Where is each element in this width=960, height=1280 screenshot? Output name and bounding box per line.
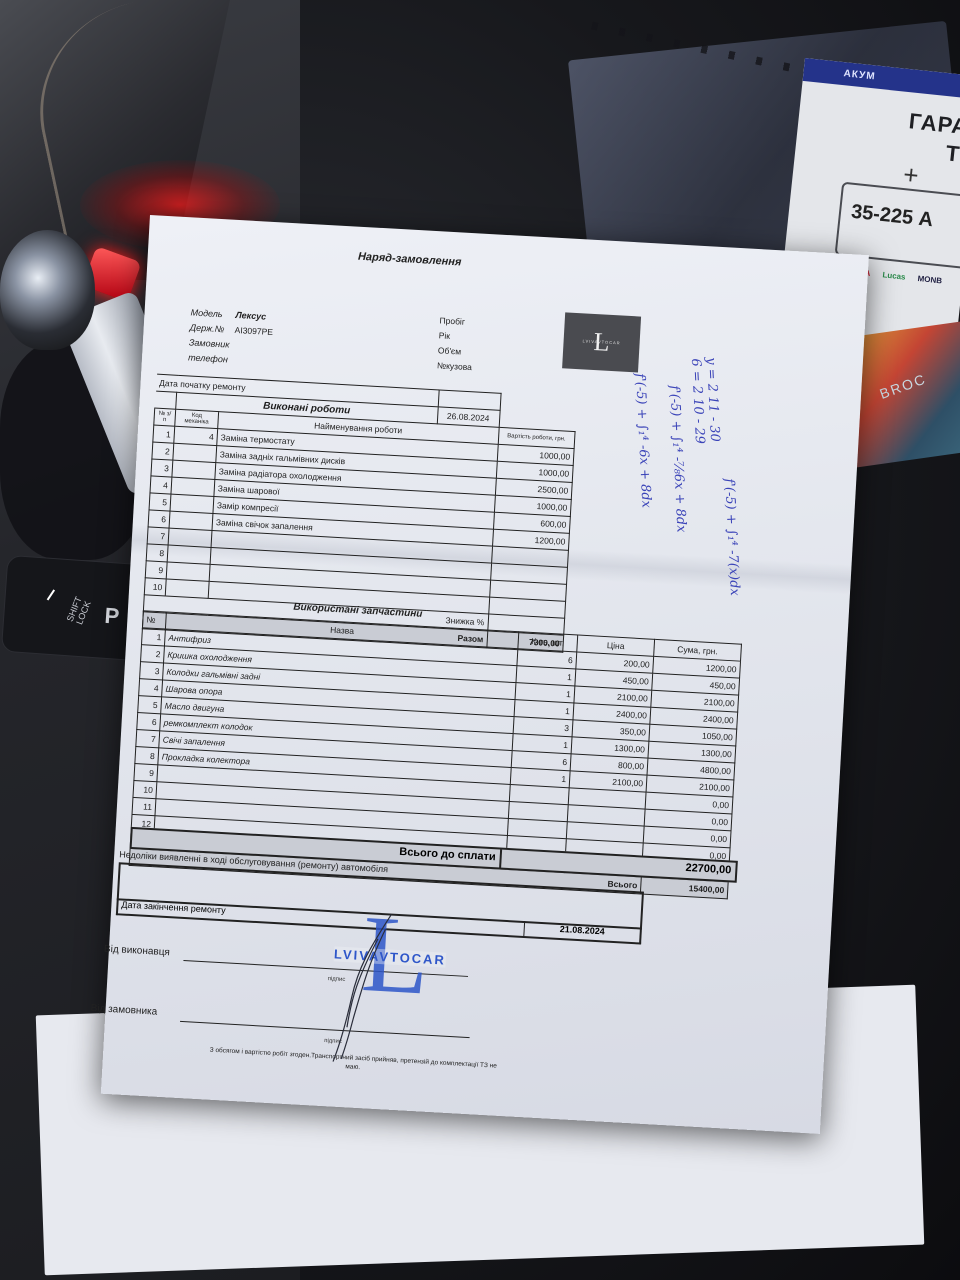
parts-row-no: 10 xyxy=(133,780,157,798)
works-row-no: 7 xyxy=(147,527,169,545)
parts-row-no: 4 xyxy=(139,679,163,697)
works-row-no: 9 xyxy=(145,561,167,579)
parts-row-no: 8 xyxy=(135,747,159,765)
handwritten-note-4: f'(-5) + ∫₁⁴ -⅞6x + 8dx xyxy=(666,385,688,533)
plate-value: АІ3097РЕ xyxy=(234,325,273,342)
logo-caption: LVIVAVTOCAR xyxy=(582,338,620,345)
brand-other: MONB xyxy=(917,274,942,286)
body-number-label: №кузова xyxy=(437,360,473,377)
parts-row-no: 3 xyxy=(140,662,164,680)
shift-lock-label: SHIFT LOCK xyxy=(62,589,96,634)
works-row-no: 5 xyxy=(149,493,171,511)
works-row-no: 6 xyxy=(148,510,170,528)
works-row-no: 8 xyxy=(146,544,168,562)
parts-row-no: 6 xyxy=(137,713,161,731)
works-row-no: 1 xyxy=(153,425,175,443)
gear-knob xyxy=(0,230,95,350)
vehicle-info: МодельЛексус Держ.№АІ3097РЕ Замовник тел… xyxy=(188,307,275,372)
snack-text: BROC xyxy=(877,370,928,402)
works-row-no: 2 xyxy=(152,442,174,460)
shift-lock-led xyxy=(47,589,55,600)
vehicle-info-right: Пробіг Рік Об'єм №кузова xyxy=(437,315,475,377)
company-logo: L LVIVAVTOCAR xyxy=(562,312,641,372)
parts-row-no: 2 xyxy=(141,645,165,663)
battery-range: 35-225 А xyxy=(850,201,934,232)
work-order-document: Наряд-замовлення L LVIVAVTOCAR МодельЛек… xyxy=(101,215,869,1134)
parts-row-no: 1 xyxy=(142,628,166,646)
col-no: № з/п xyxy=(154,408,176,426)
handwritten-note-5: f'(-5) + ∫₁⁴ -6x + 8dx xyxy=(632,373,654,508)
phone-label: телефон xyxy=(188,352,234,369)
parts-row-no: 9 xyxy=(134,764,158,782)
brand-lucas: Lucas xyxy=(882,270,906,281)
parts-row-no: 7 xyxy=(136,730,160,748)
park-button-label: P xyxy=(104,603,120,630)
parts-row-no: 5 xyxy=(138,696,162,714)
contractor-label: Від виконавця xyxy=(104,944,171,959)
works-row-no: 3 xyxy=(151,459,173,477)
signature-scribble xyxy=(323,906,412,1070)
col-parts-no: № xyxy=(142,611,166,629)
document-title: Наряд-замовлення xyxy=(358,251,462,269)
model-value: Лексус xyxy=(235,310,266,327)
works-row-no: 4 xyxy=(150,476,172,494)
parts-row-no: 11 xyxy=(132,797,156,815)
works-row-no: 10 xyxy=(144,578,166,596)
